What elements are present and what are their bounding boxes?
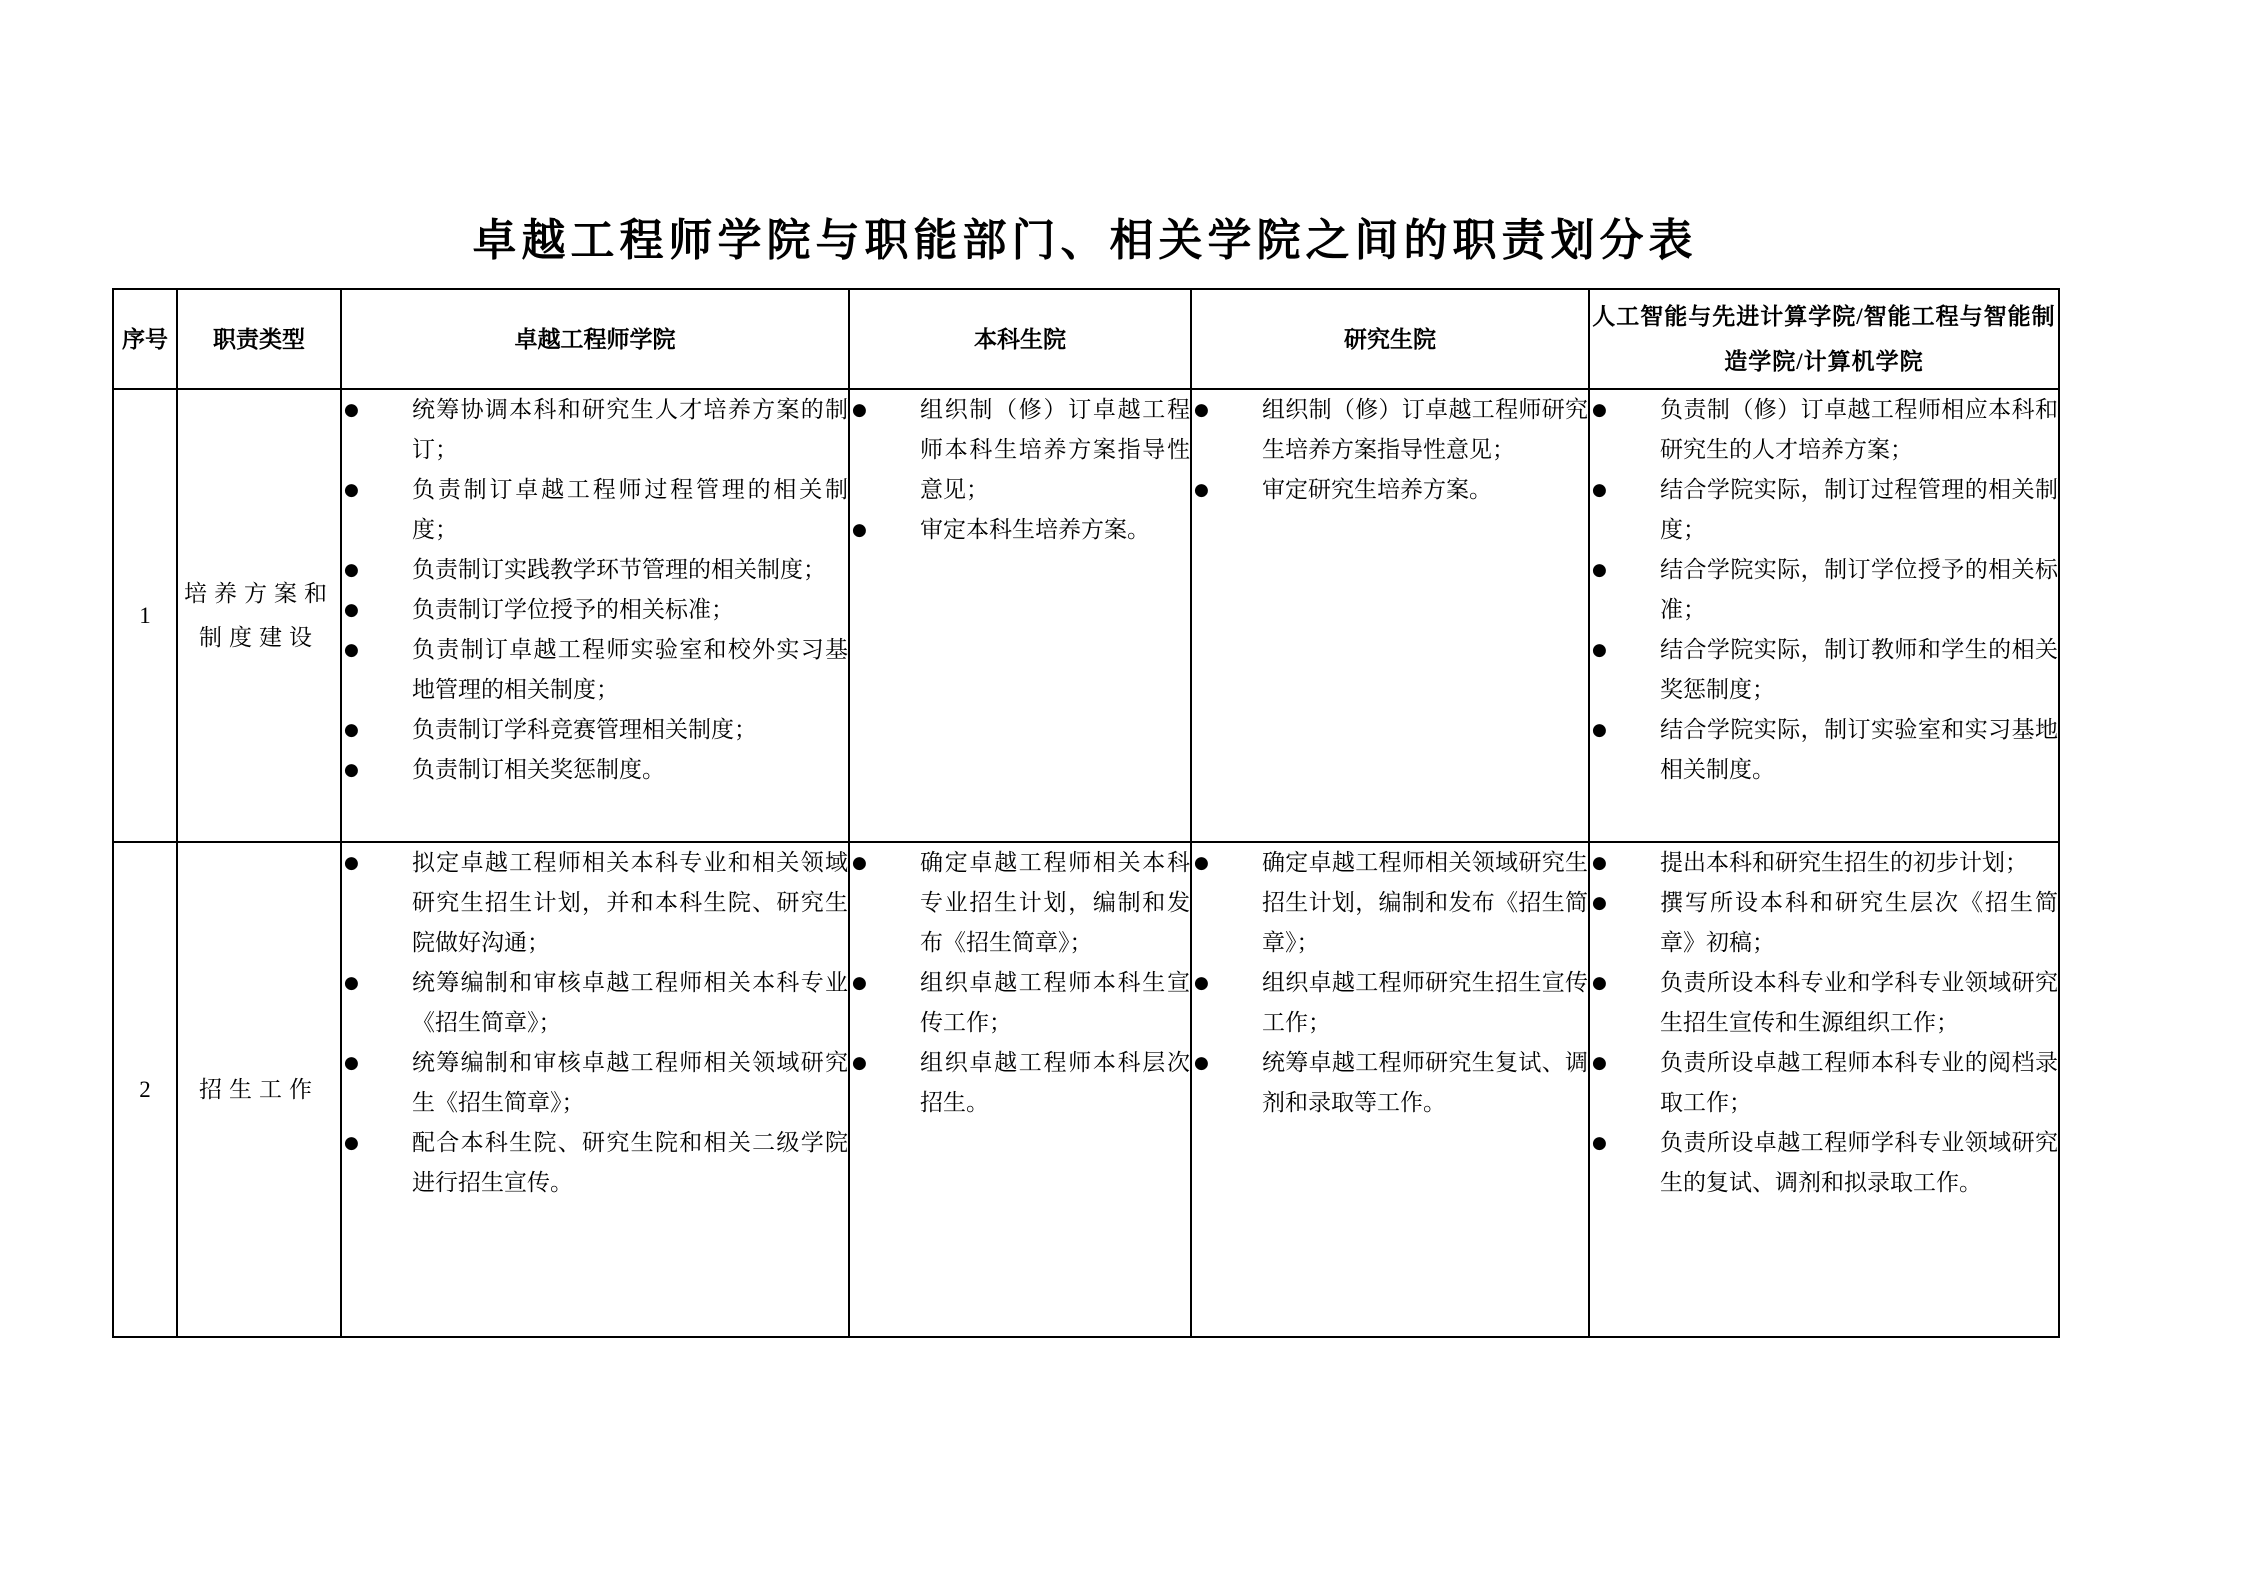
- bullet-item: ●结合学院实际，制订实验室和实习基地相关制度。: [1590, 710, 2058, 790]
- bullet-icon: ●: [1192, 1043, 1262, 1083]
- bullet-item: ●配合本科生院、研究生院和相关二级学院进行招生宣传。: [342, 1123, 848, 1203]
- bullet-icon: ●: [1590, 1123, 1660, 1163]
- table-row: 1 培养方案和制度建设 ●统筹协调本科和研究生人才培养方案的制订；●负责制订卓越…: [113, 389, 2059, 842]
- cell-graduate-school: ●组织制（修）订卓越工程师研究生培养方案指导性意见；●审定研究生培养方案。: [1191, 389, 1589, 842]
- cell-excellence-college: ●统筹协调本科和研究生人才培养方案的制订；●负责制订卓越工程师过程管理的相关制度…: [341, 389, 849, 842]
- bullet-item: ●负责制订实践教学环节管理的相关制度；: [342, 550, 848, 590]
- bullet-text: 负责所设卓越工程师本科专业的阅档录取工作；: [1660, 1043, 2058, 1123]
- bullet-icon: ●: [1590, 470, 1660, 510]
- bullet-item: ●审定研究生培养方案。: [1192, 470, 1588, 510]
- bullet-item: ●审定本科生培养方案。: [850, 510, 1190, 550]
- bullet-text: 审定本科生培养方案。: [920, 510, 1190, 550]
- bullet-text: 拟定卓越工程师相关本科专业和相关领域研究生招生计划，并和本科生院、研究生院做好沟…: [412, 843, 848, 963]
- cell-excellence-college: ●拟定卓越工程师相关本科专业和相关领域研究生招生计划，并和本科生院、研究生院做好…: [341, 842, 849, 1337]
- bullet-icon: ●: [1590, 710, 1660, 750]
- bullet-item: ●结合学院实际，制订教师和学生的相关奖惩制度；: [1590, 630, 2058, 710]
- bullet-text: 统筹编制和审核卓越工程师相关本科专业《招生简章》；: [412, 963, 848, 1043]
- bullet-icon: ●: [342, 963, 412, 1003]
- table-row: 2 招生工作 ●拟定卓越工程师相关本科专业和相关领域研究生招生计划，并和本科生院…: [113, 842, 2059, 1337]
- bullet-text: 结合学院实际，制订教师和学生的相关奖惩制度；: [1660, 630, 2058, 710]
- bullet-item: ●负责制订卓越工程师过程管理的相关制度；: [342, 470, 848, 550]
- bullet-item: ●统筹编制和审核卓越工程师相关本科专业《招生简章》；: [342, 963, 848, 1043]
- bullet-item: ●确定卓越工程师相关领域研究生招生计划，编制和发布《招生简章》；: [1192, 843, 1588, 963]
- bullet-text: 统筹编制和审核卓越工程师相关领域研究生《招生简章》；: [412, 1043, 848, 1123]
- bullet-item: ●组织制（修）订卓越工程师本科生培养方案指导性意见；: [850, 390, 1190, 510]
- bullet-text: 负责制订卓越工程师实验室和校外实习基地管理的相关制度；: [412, 630, 848, 710]
- bullet-icon: ●: [1590, 843, 1660, 883]
- bullet-item: ●负责制订卓越工程师实验室和校外实习基地管理的相关制度；: [342, 630, 848, 710]
- bullet-item: ●提出本科和研究生招生的初步计划；: [1590, 843, 2058, 883]
- bullet-text: 组织卓越工程师本科生宣传工作；: [920, 963, 1190, 1043]
- bullet-icon: ●: [850, 510, 920, 550]
- bullet-icon: ●: [1192, 470, 1262, 510]
- bullet-icon: ●: [342, 843, 412, 883]
- bullet-item: ●统筹协调本科和研究生人才培养方案的制订；: [342, 390, 848, 470]
- bullet-item: ●组织卓越工程师本科层次招生。: [850, 1043, 1190, 1123]
- bullet-icon: ●: [342, 630, 412, 670]
- bullet-icon: ●: [850, 390, 920, 430]
- bullet-icon: ●: [1590, 550, 1660, 590]
- document-page: 卓越工程师学院与职能部门、相关学院之间的职责划分表 序号 职责类型 卓越工程师学…: [112, 0, 2058, 1338]
- bullet-text: 统筹卓越工程师研究生复试、调剂和录取等工作。: [1262, 1043, 1588, 1123]
- bullet-item: ●撰写所设本科和研究生层次《招生简章》初稿；: [1590, 883, 2058, 963]
- header-related-colleges: 人工智能与先进计算学院/智能工程与智能制造学院/计算机学院: [1589, 289, 2059, 389]
- bullet-item: ●统筹编制和审核卓越工程师相关领域研究生《招生简章》；: [342, 1043, 848, 1123]
- cell-undergraduate-school: ●确定卓越工程师相关本科专业招生计划，编制和发布《招生简章》；●组织卓越工程师本…: [849, 842, 1191, 1337]
- bullet-text: 结合学院实际，制订学位授予的相关标准；: [1660, 550, 2058, 630]
- bullet-text: 负责所设本科专业和学科专业领域研究生招生宣传和生源组织工作；: [1660, 963, 2058, 1043]
- responsibility-type: 培养方案和制度建设: [177, 389, 341, 842]
- bullet-item: ●负责制订学科竞赛管理相关制度；: [342, 710, 848, 750]
- bullet-text: 负责制订实践教学环节管理的相关制度；: [412, 550, 848, 590]
- bullet-icon: ●: [342, 750, 412, 790]
- bullet-icon: ●: [1590, 963, 1660, 1003]
- bullet-icon: ●: [1192, 843, 1262, 883]
- cell-related-colleges: ●负责制（修）订卓越工程师相应本科和研究生的人才培养方案；●结合学院实际，制订过…: [1589, 389, 2059, 842]
- header-excellence-college: 卓越工程师学院: [341, 289, 849, 389]
- bullet-item: ●负责制订相关奖惩制度。: [342, 750, 848, 790]
- bullet-text: 确定卓越工程师相关本科专业招生计划，编制和发布《招生简章》；: [920, 843, 1190, 963]
- bullet-text: 组织卓越工程师研究生招生宣传工作；: [1262, 963, 1588, 1043]
- bullet-icon: ●: [850, 963, 920, 1003]
- bullet-item: ●负责所设本科专业和学科专业领域研究生招生宣传和生源组织工作；: [1590, 963, 2058, 1043]
- bullet-icon: ●: [342, 390, 412, 430]
- bullet-item: ●结合学院实际，制订学位授予的相关标准；: [1590, 550, 2058, 630]
- bullet-icon: ●: [1590, 390, 1660, 430]
- bullet-text: 负责所设卓越工程师学科专业领域研究生的复试、调剂和拟录取工作。: [1660, 1123, 2058, 1203]
- bullet-icon: ●: [342, 710, 412, 750]
- bullet-text: 结合学院实际，制订过程管理的相关制度；: [1660, 470, 2058, 550]
- bullet-icon: ●: [342, 1043, 412, 1083]
- bullet-text: 组织卓越工程师本科层次招生。: [920, 1043, 1190, 1123]
- bullet-item: ●负责制（修）订卓越工程师相应本科和研究生的人才培养方案；: [1590, 390, 2058, 470]
- bullet-icon: ●: [342, 590, 412, 630]
- responsibility-type: 招生工作: [177, 842, 341, 1337]
- bullet-text: 负责制订相关奖惩制度。: [412, 750, 848, 790]
- bullet-item: ●结合学院实际，制订过程管理的相关制度；: [1590, 470, 2058, 550]
- cell-graduate-school: ●确定卓越工程师相关领域研究生招生计划，编制和发布《招生简章》；●组织卓越工程师…: [1191, 842, 1589, 1337]
- cell-undergraduate-school: ●组织制（修）订卓越工程师本科生培养方案指导性意见；●审定本科生培养方案。: [849, 389, 1191, 842]
- bullet-icon: ●: [1590, 630, 1660, 670]
- bullet-icon: ●: [1192, 390, 1262, 430]
- bullet-text: 撰写所设本科和研究生层次《招生简章》初稿；: [1660, 883, 2058, 963]
- bullet-item: ●负责所设卓越工程师学科专业领域研究生的复试、调剂和拟录取工作。: [1590, 1123, 2058, 1203]
- row-number: 2: [113, 842, 177, 1337]
- bullet-item: ●负责制订学位授予的相关标准；: [342, 590, 848, 630]
- page-title: 卓越工程师学院与职能部门、相关学院之间的职责划分表: [112, 210, 2058, 272]
- header-type: 职责类型: [177, 289, 341, 389]
- bullet-text: 负责制订学科竞赛管理相关制度；: [412, 710, 848, 750]
- bullet-item: ●统筹卓越工程师研究生复试、调剂和录取等工作。: [1192, 1043, 1588, 1123]
- bullet-text: 结合学院实际，制订实验室和实习基地相关制度。: [1660, 710, 2058, 790]
- cell-related-colleges: ●提出本科和研究生招生的初步计划；●撰写所设本科和研究生层次《招生简章》初稿；●…: [1589, 842, 2059, 1337]
- bullet-icon: ●: [342, 470, 412, 510]
- bullet-icon: ●: [1192, 963, 1262, 1003]
- bullet-icon: ●: [342, 1123, 412, 1163]
- row-number: 1: [113, 389, 177, 842]
- header-row: 序号 职责类型 卓越工程师学院 本科生院 研究生院 人工智能与先进计算学院/智能…: [113, 289, 2059, 389]
- responsibility-table: 序号 职责类型 卓越工程师学院 本科生院 研究生院 人工智能与先进计算学院/智能…: [112, 288, 2060, 1338]
- bullet-icon: ●: [342, 550, 412, 590]
- bullet-icon: ●: [1590, 883, 1660, 923]
- bullet-text: 组织制（修）订卓越工程师本科生培养方案指导性意见；: [920, 390, 1190, 510]
- bullet-text: 负责制订学位授予的相关标准；: [412, 590, 848, 630]
- bullet-item: ●负责所设卓越工程师本科专业的阅档录取工作；: [1590, 1043, 2058, 1123]
- bullet-text: 组织制（修）订卓越工程师研究生培养方案指导性意见；: [1262, 390, 1588, 470]
- bullet-icon: ●: [850, 1043, 920, 1083]
- bullet-icon: ●: [850, 843, 920, 883]
- bullet-text: 负责制（修）订卓越工程师相应本科和研究生的人才培养方案；: [1660, 390, 2058, 470]
- bullet-text: 统筹协调本科和研究生人才培养方案的制订；: [412, 390, 848, 470]
- bullet-text: 负责制订卓越工程师过程管理的相关制度；: [412, 470, 848, 550]
- bullet-item: ●组织制（修）订卓越工程师研究生培养方案指导性意见；: [1192, 390, 1588, 470]
- bullet-text: 确定卓越工程师相关领域研究生招生计划，编制和发布《招生简章》；: [1262, 843, 1588, 963]
- bullet-text: 配合本科生院、研究生院和相关二级学院进行招生宣传。: [412, 1123, 848, 1203]
- bullet-item: ●确定卓越工程师相关本科专业招生计划，编制和发布《招生简章》；: [850, 843, 1190, 963]
- header-graduate-school: 研究生院: [1191, 289, 1589, 389]
- header-undergraduate-school: 本科生院: [849, 289, 1191, 389]
- bullet-item: ●组织卓越工程师研究生招生宣传工作；: [1192, 963, 1588, 1043]
- bullet-icon: ●: [1590, 1043, 1660, 1083]
- bullet-item: ●组织卓越工程师本科生宣传工作；: [850, 963, 1190, 1043]
- header-no: 序号: [113, 289, 177, 389]
- bullet-text: 提出本科和研究生招生的初步计划；: [1660, 843, 2058, 883]
- bullet-item: ●拟定卓越工程师相关本科专业和相关领域研究生招生计划，并和本科生院、研究生院做好…: [342, 843, 848, 963]
- bullet-text: 审定研究生培养方案。: [1262, 470, 1588, 510]
